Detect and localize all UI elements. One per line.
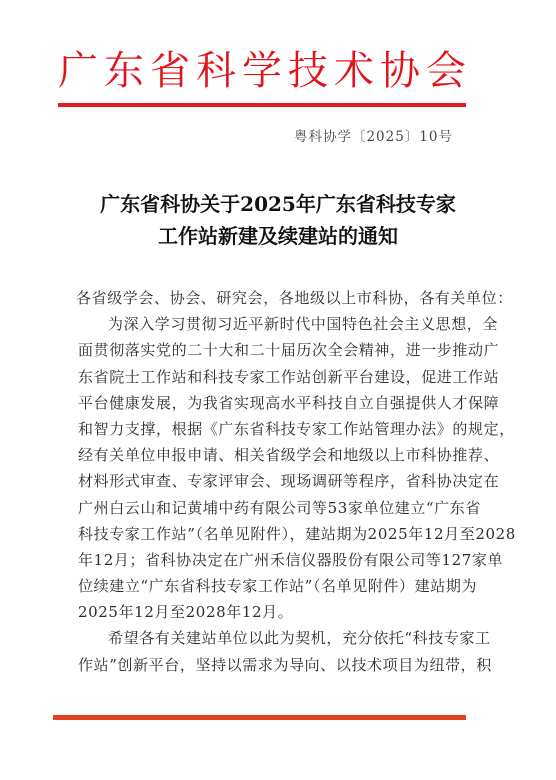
paragraph-line: 平台健康发展，为我省实现高水平科技自立自强提供人才保障 (78, 390, 488, 416)
notice-title-line-2: 工作站新建及续建站的通知 (0, 220, 556, 249)
document-number: 粤科协学〔2025〕10号 (294, 125, 453, 145)
paragraph-line: 东省院士工作站和科技专家工作站创新平台建设，促进工作站 (78, 364, 488, 390)
paragraph-line: 面贯彻落实党的二十大和二十届历次全会精神，进一步推动广 (78, 337, 488, 363)
notice-title-line-1: 广东省科协关于2025年广东省科技专家 (0, 188, 556, 217)
paragraph-line: 位续建立“广东省科技专家工作站”（名单见附件）建站期为 (78, 573, 488, 599)
organization-masthead: 广东省科学技术协会 (58, 46, 466, 96)
paragraph-line: 经有关单位申报申请、相关省级学会和地级以上市科协推荐、 (78, 442, 488, 468)
notice-body: 各省级学会、协会、研究会，各地级以上市科协，各有关单位： 为深入学习贯彻习近平新… (78, 285, 488, 678)
footer-red-rule (53, 715, 466, 720)
paragraph-line: 年12月；省科协决定在广州禾信仪器股份有限公司等127家单 (78, 547, 488, 573)
paragraph-line: 2025年12月至2028年12月。 (78, 599, 488, 625)
header-red-rule (58, 103, 466, 107)
paragraph-line: 希望各有关建站单位以此为契机，充分依托“科技专家工 (78, 625, 488, 651)
paragraph-line: 为深入学习贯彻习近平新时代中国特色社会主义思想，全 (78, 311, 488, 337)
paragraph-line: 材料形式审查、专家评审会、现场调研等程序，省科协决定在 (78, 468, 488, 494)
paragraph-line: 和智力支撑，根据《广东省科技专家工作站管理办法》的规定， (78, 416, 488, 442)
paragraph-line: 广州白云山和记黄埔中药有限公司等53家单位建立“广东省 (78, 495, 488, 521)
paragraph-line: 作站”创新平台，坚持以需求为导向、以技术项目为纽带，积 (78, 652, 488, 678)
paragraph-line: 科技专家工作站”（名单见附件），建站期为2025年12月至2028 (78, 521, 488, 547)
salutation: 各省级学会、协会、研究会，各地级以上市科协，各有关单位： (76, 285, 488, 311)
